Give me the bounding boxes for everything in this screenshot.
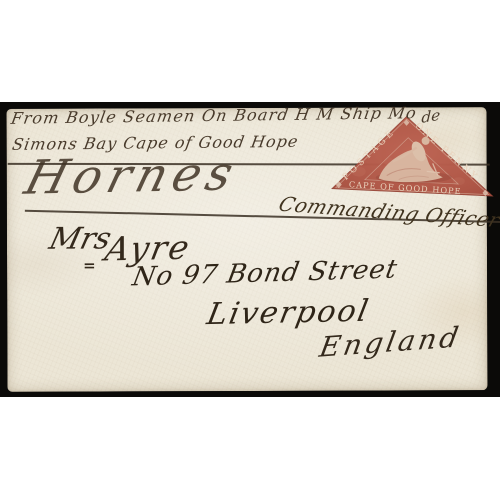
address-honorific: Mrs xyxy=(46,224,114,254)
address-country: England xyxy=(317,324,463,362)
cape-of-good-hope-triangular-stamp: POSTAGE ONE PENNY CAPE OF GOOD HOPE xyxy=(329,111,500,208)
envelope: From Boyle Seamen On Board H M Ship Mo d… xyxy=(7,107,488,392)
photo-black-mat: From Boyle Seamen On Board H M Ship Mo d… xyxy=(0,102,500,397)
sender-line-1-tail: de xyxy=(421,108,440,126)
address-street: No 97 Bond Street xyxy=(130,257,399,291)
address-city: Liverpool xyxy=(204,297,372,330)
signature: Hornes xyxy=(20,150,243,201)
honorific-underline: = xyxy=(83,259,96,274)
auction-photo-page: From Boyle Seamen On Board H M Ship Mo d… xyxy=(0,0,500,500)
